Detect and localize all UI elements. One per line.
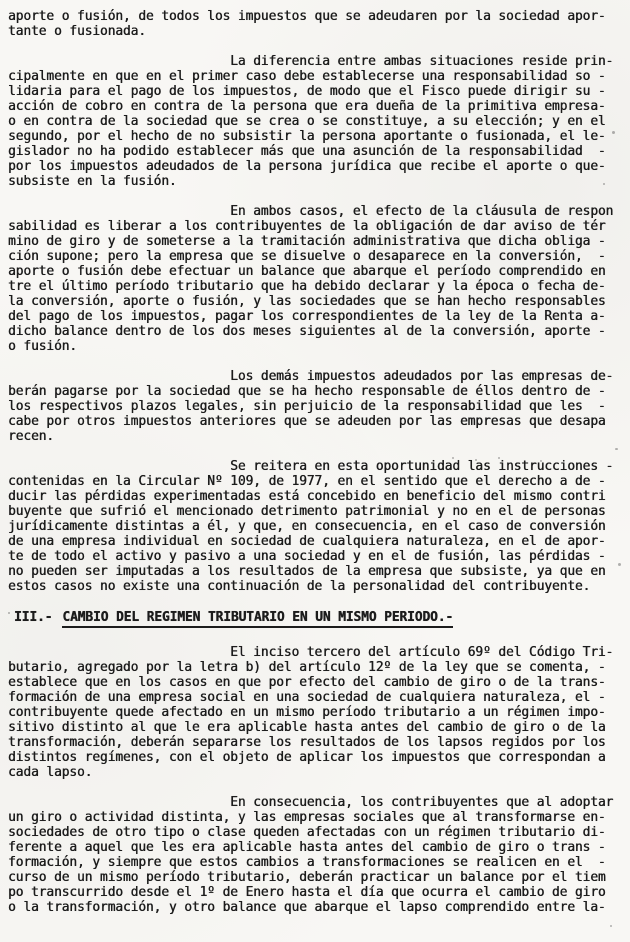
paragraph-ambos-casos: En ambos casos, el efecto de la cláusula… [8,204,630,354]
paragraph-diferencia: La diferencia entre ambas situaciones re… [8,54,630,189]
paragraph-se-reitera: Se reitera en esta oportunidad las instr… [8,459,630,594]
section-heading: III.-CAMBIO DEL REGIMEN TRIBUTARIO EN UN… [14,610,630,625]
scan-speck [603,183,605,185]
scan-speck [618,563,621,566]
section-number: III.- [14,610,52,625]
scan-speck [615,448,618,450]
paragraph-inciso-tercero: El inciso tercero del artículo 69º del C… [8,645,630,780]
scan-speck [540,460,542,462]
scan-speck [610,925,612,927]
section-title: CAMBIO DEL REGIMEN TRIBUTARIO EN UN MISM… [62,610,453,628]
scan-speck [452,457,454,459]
scan-speck [612,131,615,134]
scan-speck [498,457,500,459]
paragraph-demas-impuestos: Los demás impuestos adeudados por las em… [8,369,630,444]
scan-speck [475,459,477,461]
scanned-document-page: aporte o fusión, de todos los impuestos … [0,0,630,942]
paragraph-continuation: aporte o fusión, de todos los impuestos … [8,9,630,39]
paragraph-en-consecuencia: En consecuencia, los contribuyentes que … [8,795,630,915]
scan-speck [8,612,10,614]
